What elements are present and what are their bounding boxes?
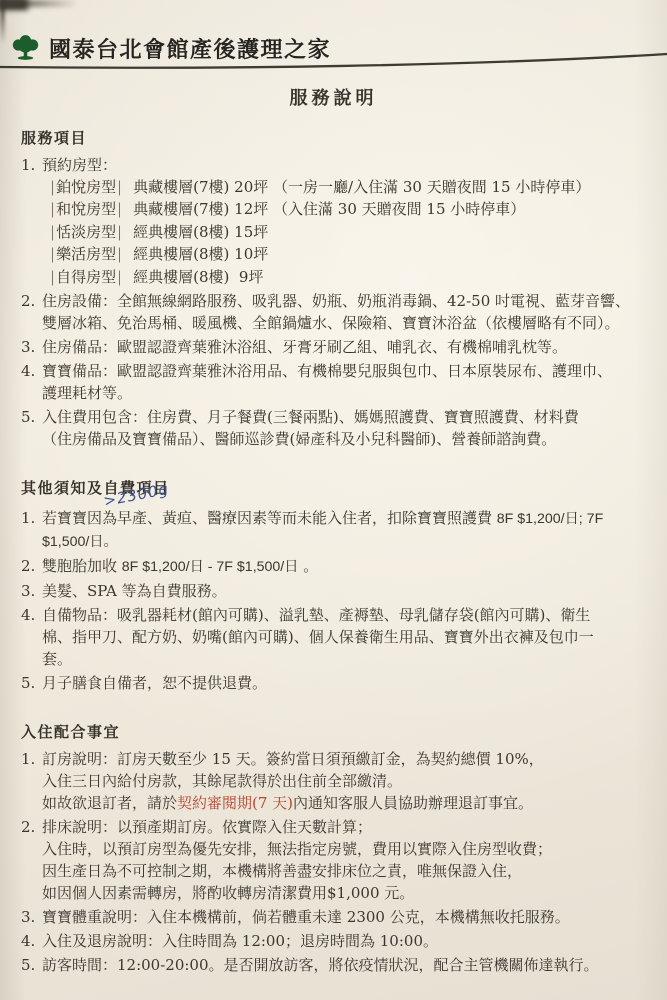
item-content: 訪客時間：12:00-20:00。是否開放訪客，將依疫情狀況，配合主管機關佈達執…: [42, 954, 637, 976]
room-name: 樂活房型: [56, 245, 116, 263]
room-type-row: |和悅房型|典藏樓層(7樓) 12坪 （入住滿 30 天贈夜間 15 小時停車）: [49, 198, 637, 220]
item-number: 4.: [21, 360, 42, 404]
room-desc: 典藏樓層(7樓) 12坪 （入住滿 30 天贈夜間 15 小時停車）: [133, 200, 525, 218]
text-line: 訪客時間：12:00-20:00。是否開放訪客，將依疫情狀況，配合主管機關佈達執…: [42, 954, 637, 976]
text-segment: 美髮、SPA 等為自費服務。: [42, 582, 227, 600]
list-item: 3.住房備品：歐盟認證齊葉雅沐浴組、牙膏牙刷乙組、哺乳衣、有機棉哺乳枕等。: [21, 336, 637, 358]
text-segment: 訪客時間：12:00-20:00。是否開放訪客，將依疫情狀況，配合主管機關佈達執…: [42, 956, 599, 974]
list-item: 2.排床說明：以預產期訂房。依實際入住天數計算；入住時，以預訂房型為優先安排，無…: [21, 816, 637, 904]
divider-bar: |: [118, 243, 121, 265]
text-segment: （住房備品及寶寶備品）、醫師巡診費(婦產科及小兒科醫師)、營養師諮詢費。: [42, 430, 556, 448]
item-content: 入住及退房說明：入住時間為 12:00；退房時間為 10:00。: [42, 930, 637, 952]
item-number: 5.: [21, 954, 42, 976]
text-line: 棉、指甲刀、配方奶、奶嘴(館內可購)、個人保養衛生用品、寶寶外出衣褲及包巾一: [42, 626, 637, 648]
item-content: 住房備品：歐盟認證齊葉雅沐浴組、牙膏牙刷乙組、哺乳衣、有機棉哺乳枕等。: [42, 336, 637, 358]
list-item: 3.寶寶體重說明：入住本機構前，倘若體重未達 2300 公克，本機構無收托服務。: [21, 906, 637, 928]
item-number: 4.: [21, 930, 42, 952]
text-segment: 入住及退房說明：入住時間為 12:00；退房時間為 10:00。: [42, 932, 438, 950]
item-content: 月子膳食自備者，恕不提供退費。: [42, 672, 637, 694]
text-segment: 入住三日內給付房款，其餘尾款得於出住前全部繳清。: [42, 772, 402, 790]
page-title: 服務說明: [0, 84, 667, 110]
item-content: 預約房型：|鉑悅房型|典藏樓層(7樓) 20坪 （一房一廳/入住滿 30 天贈夜…: [42, 154, 637, 288]
divider-bar: |: [118, 198, 121, 220]
text-segment: 入住時，以預訂房型為優先安排，無法指定房號，費用以實際入住房型收費；: [42, 840, 552, 858]
section-heading: 服務項目: [21, 127, 637, 148]
room-name: 自得房型: [56, 268, 116, 286]
item-content: 訂房說明：訂房天數至少 15 天。簽約當日須預繳訂金，為契約總價 10%，入住三…: [42, 748, 637, 814]
text-line: 因生產日為不可控制之期，本機構將善盡安排床位之責，唯無保證入住，: [42, 860, 637, 882]
text-segment: 月子膳食自備者，恕不提供退費。: [42, 674, 267, 692]
text-line: 入住費用包含：住房費、月子餐費(三餐兩點)、媽媽照護費、寶寶照護費、材料費: [42, 406, 637, 428]
text-segment: 。: [298, 557, 318, 575]
room-desc: 經典樓層(8樓) 10坪: [133, 245, 268, 263]
text-line: 美髮、SPA 等為自費服務。: [42, 580, 637, 602]
text-segment: 套。: [42, 650, 72, 668]
item-number: 5.: [21, 406, 42, 450]
item-number: 2.: [21, 816, 42, 904]
text-segment: 排床說明：以預產期訂房。依實際入住天數計算；: [42, 818, 372, 836]
text-line: 住房備品：歐盟認證齊葉雅沐浴組、牙膏牙刷乙組、哺乳衣、有機棉哺乳枕等。: [42, 336, 637, 358]
room-type-row: |自得房型|經典樓層(8樓) 9坪: [49, 266, 637, 288]
section-service-items: 服務項目1.預約房型：|鉑悅房型|典藏樓層(7樓) 20坪 （一房一廳/入住滿 …: [21, 127, 637, 450]
item-content: 入住費用包含：住房費、月子餐費(三餐兩點)、媽媽照護費、寶寶照護費、材料費（住房…: [42, 406, 637, 450]
room-desc: 典藏樓層(7樓) 20坪 （一房一廳/入住滿 30 天贈夜間 15 小時停車）: [133, 178, 590, 196]
item-content: 寶寶備品：歐盟認證齊葉雅沐浴用品、有機棉嬰兒服與包巾、日本原裝尿布、護理巾、護理…: [42, 360, 637, 404]
text-line: 月子膳食自備者，恕不提供退費。: [42, 672, 637, 694]
list-item: 1.訂房說明：訂房天數至少 15 天。簽約當日須預繳訂金，為契約總價 10%，入…: [21, 748, 637, 814]
list-item: 4.寶寶備品：歐盟認證齊葉雅沐浴用品、有機棉嬰兒服與包巾、日本原裝尿布、護理巾、…: [21, 360, 637, 404]
text-segment: 8F $1,200/日; 7F: [497, 511, 603, 527]
room-type-row: |樂活房型|經典樓層(8樓) 10坪: [49, 243, 637, 265]
item-number: 2.: [21, 555, 42, 578]
text-line: 住房設備：全館無線網路服務、吸乳器、奶瓶、奶瓶消毒鍋、42-50 吋電視、藍芽音…: [42, 290, 637, 312]
divider-bar: |: [51, 243, 54, 265]
section-items: 1.訂房說明：訂房天數至少 15 天。簽約當日須預繳訂金，為契約總價 10%，入…: [21, 748, 637, 976]
divider-bar: |: [51, 198, 54, 220]
list-item: 2.住房設備：全館無線網路服務、吸乳器、奶瓶、奶瓶消毒鍋、42-50 吋電視、藍…: [21, 290, 637, 334]
divider-bar: |: [51, 266, 54, 288]
text-segment: 因生產日為不可控制之期，本機構將善盡安排床位之責，唯無保證入住，: [42, 862, 522, 880]
section-items: 1.預約房型：|鉑悅房型|典藏樓層(7樓) 20坪 （一房一廳/入住滿 30 天…: [21, 154, 637, 450]
text-segment: 如因個人因素需轉房，將酌收轉房清潔費用$1,000 元。: [42, 884, 414, 902]
text-segment: 棉、指甲刀、配方奶、奶嘴(館內可購)、個人保養衛生用品、寶寶外出衣褲及包巾一: [42, 628, 594, 646]
document-page: { "header": { "brand": "國泰台北會館產後護理之家", "…: [0, 0, 667, 1000]
header-rule: [0, 0, 667, 80]
text-line: 寶寶備品：歐盟認證齊葉雅沐浴用品、有機棉嬰兒服與包巾、日本原裝尿布、護理巾、: [42, 360, 637, 382]
room-name: 和悅房型: [56, 200, 116, 218]
text-segment: 若寶寶因為早產、黃疸、醫療因素等而未能入住者，扣除寶寶照護費: [42, 509, 497, 527]
text-line: 寶寶體重說明：入住本機構前，倘若體重未達 2300 公克，本機構無收托服務。: [42, 906, 637, 928]
text-segment: $1,500/日。: [42, 534, 118, 550]
item-content: 自備物品：吸乳器耗材(館內可購)、溢乳墊、產褥墊、母乳儲存袋(館內可購)、衛生棉…: [42, 604, 637, 670]
text-line: 自備物品：吸乳器耗材(館內可購)、溢乳墊、產褥墊、母乳儲存袋(館內可購)、衛生: [42, 604, 637, 626]
text-line: 雙層冰箱、免治馬桶、暖風機、全館鍋爐水、保險箱、寶寶沐浴盆（依樓層略有不同）。: [42, 312, 637, 334]
item-number: 4.: [21, 604, 42, 670]
item-number: 3.: [21, 336, 42, 358]
text-segment: 8F $1,200/日 - 7F $1,500/日: [122, 559, 299, 575]
list-item: 4.自備物品：吸乳器耗材(館內可購)、溢乳墊、產褥墊、母乳儲存袋(館內可購)、衛…: [21, 604, 637, 670]
item-content: 住房設備：全館無線網路服務、吸乳器、奶瓶、奶瓶消毒鍋、42-50 吋電視、藍芽音…: [42, 290, 637, 334]
text-segment: 護理耗材等。: [42, 384, 132, 402]
divider-bar: |: [51, 221, 54, 243]
divider-bar: |: [118, 176, 121, 198]
room-type-row: |恬淡房型|經典樓層(8樓) 15坪: [49, 221, 637, 243]
text-segment: 雙胞胎加收: [42, 557, 122, 575]
text-segment: 寶寶體重說明：入住本機構前，倘若體重未達 2300 公克，本機構無收托服務。: [42, 908, 570, 926]
text-segment: 雙層冰箱、免治馬桶、暖風機、全館鍋爐水、保險箱、寶寶沐浴盆（依樓層略有不同）。: [42, 314, 620, 332]
room-desc: 經典樓層(8樓) 15坪: [133, 223, 268, 241]
text-segment: 訂房說明：訂房天數至少 15 天。簽約當日須預繳訂金，為契約總價 10%，: [42, 750, 544, 768]
item-number: 2.: [21, 290, 42, 334]
document-body: 服務項目1.預約房型：|鉑悅房型|典藏樓層(7樓) 20坪 （一房一廳/入住滿 …: [0, 127, 667, 978]
text-line: 預約房型：: [42, 154, 637, 176]
divider-bar: |: [51, 176, 54, 198]
list-item: 5.月子膳食自備者，恕不提供退費。: [21, 672, 637, 694]
item-content: 雙胞胎加收 8F $1,200/日 - 7F $1,500/日 。: [42, 555, 637, 578]
section-checkin-matters: 入住配合事宜1.訂房說明：訂房天數至少 15 天。簽約當日須預繳訂金，為契約總價…: [21, 721, 637, 976]
item-content: 若寶寶因為早產、黃疸、醫療因素等而未能入住者，扣除寶寶照護費 8F $1,200…: [42, 507, 637, 553]
text-line: 排床說明：以預產期訂房。依實際入住天數計算；: [42, 816, 637, 838]
section-items: >2300g1.若寶寶因為早產、黃疸、醫療因素等而未能入住者，扣除寶寶照護費 8…: [21, 507, 637, 694]
item-content: 美髮、SPA 等為自費服務。: [42, 580, 637, 602]
item-number: 1.: [21, 507, 42, 553]
room-name: 鉑悅房型: [56, 178, 116, 196]
list-item: 5.入住費用包含：住房費、月子餐費(三餐兩點)、媽媽照護費、寶寶照護費、材料費（…: [21, 406, 637, 450]
item-number: 1.: [21, 748, 42, 814]
highlighted-text: 契約審閱期(7 天): [177, 794, 293, 812]
text-line: 如故欲退訂者，請於契約審閱期(7 天)內通知客服人員協助辦理退訂事宜。: [42, 792, 637, 814]
list-item: 1.若寶寶因為早產、黃疸、醫療因素等而未能入住者，扣除寶寶照護費 8F $1,2…: [21, 507, 637, 553]
list-item: 2.雙胞胎加收 8F $1,200/日 - 7F $1,500/日 。: [21, 555, 637, 578]
text-line: 若寶寶因為早產、黃疸、醫療因素等而未能入住者，扣除寶寶照護費 8F $1,200…: [42, 507, 637, 530]
item-number: 3.: [21, 580, 42, 602]
divider-bar: |: [118, 221, 121, 243]
item-number: 3.: [21, 906, 42, 928]
list-item: 5.訪客時間：12:00-20:00。是否開放訪客，將依疫情狀況，配合主管機關佈…: [21, 954, 637, 976]
divider-bar: |: [118, 266, 121, 288]
text-line: （住房備品及寶寶備品）、醫師巡診費(婦產科及小兒科醫師)、營養師諮詢費。: [42, 428, 637, 450]
text-line: 套。: [42, 648, 637, 670]
room-type-row: |鉑悅房型|典藏樓層(7樓) 20坪 （一房一廳/入住滿 30 天贈夜間 15 …: [49, 176, 637, 198]
item-number: 5.: [21, 672, 42, 694]
text-line: 入住及退房說明：入住時間為 12:00；退房時間為 10:00。: [42, 930, 637, 952]
text-line: 訂房說明：訂房天數至少 15 天。簽約當日須預繳訂金，為契約總價 10%，: [42, 748, 637, 770]
item-content: 排床說明：以預產期訂房。依實際入住天數計算；入住時，以預訂房型為優先安排，無法指…: [42, 816, 637, 904]
item-content: 寶寶體重說明：入住本機構前，倘若體重未達 2300 公克，本機構無收托服務。: [42, 906, 637, 928]
text-line: 雙胞胎加收 8F $1,200/日 - 7F $1,500/日 。: [42, 555, 637, 578]
text-line: 如因個人因素需轉房，將酌收轉房清潔費用$1,000 元。: [42, 882, 637, 904]
room-name: 恬淡房型: [56, 223, 116, 241]
text-segment: 住房備品：歐盟認證齊葉雅沐浴組、牙膏牙刷乙組、哺乳衣、有機棉哺乳枕等。: [42, 338, 567, 356]
list-item: 4.入住及退房說明：入住時間為 12:00；退房時間為 10:00。: [21, 930, 637, 952]
section-other-notes: 其他須知及自費項目>2300g1.若寶寶因為早產、黃疸、醫療因素等而未能入住者，…: [21, 477, 637, 694]
text-segment: 自備物品：吸乳器耗材(館內可購)、溢乳墊、產褥墊、母乳儲存袋(館內可購)、衛生: [42, 606, 590, 624]
text-line: 入住三日內給付房款，其餘尾款得於出住前全部繳清。: [42, 770, 637, 792]
text-line: 護理耗材等。: [42, 382, 637, 404]
room-desc: 經典樓層(8樓) 9坪: [133, 268, 263, 286]
text-segment: 寶寶備品：歐盟認證齊葉雅沐浴用品、有機棉嬰兒服與包巾、日本原裝尿布、護理巾、: [42, 362, 612, 380]
list-item: 3.美髮、SPA 等為自費服務。: [21, 580, 637, 602]
text-line: 入住時，以預訂房型為優先安排，無法指定房號，費用以實際入住房型收費；: [42, 838, 637, 860]
text-line: $1,500/日。: [42, 530, 637, 553]
text-segment: 預約房型：: [42, 156, 117, 174]
text-segment: 住房設備：全館無線網路服務、吸乳器、奶瓶、奶瓶消毒鍋、42-50 吋電視、藍芽音…: [42, 292, 630, 310]
text-segment: 入住費用包含：住房費、月子餐費(三餐兩點)、媽媽照護費、寶寶照護費、材料費: [42, 408, 579, 426]
text-segment: 如故欲退訂者，請於: [42, 794, 177, 812]
list-item: 1.預約房型：|鉑悅房型|典藏樓層(7樓) 20坪 （一房一廳/入住滿 30 天…: [21, 154, 637, 288]
section-heading: 入住配合事宜: [21, 721, 637, 742]
item-number: 1.: [21, 154, 42, 288]
text-segment: 內通知客服人員協助辦理退訂事宜。: [293, 794, 533, 812]
